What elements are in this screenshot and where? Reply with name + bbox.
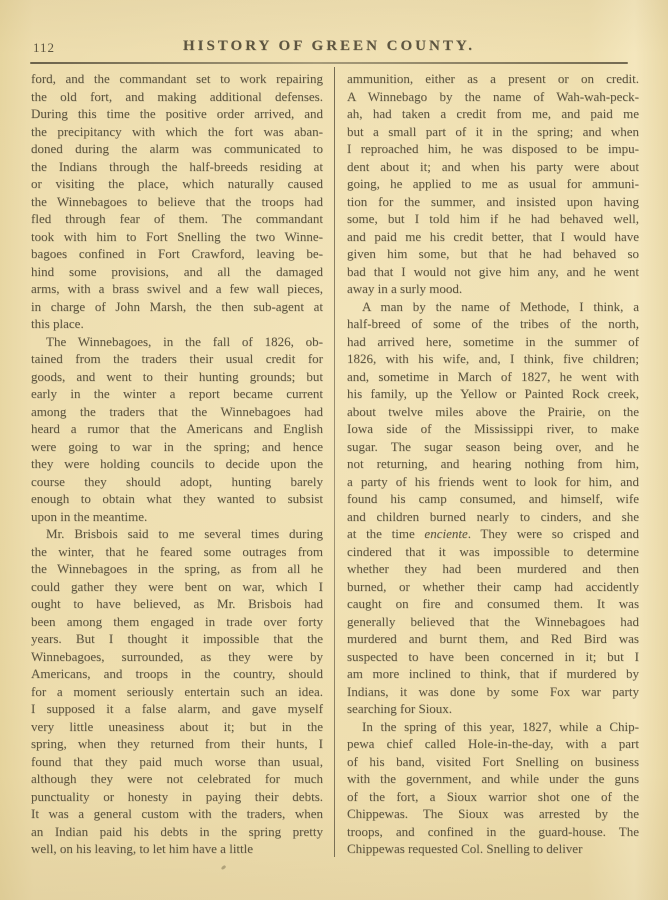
text-line: I reproached him, he was disposed to be … xyxy=(347,140,639,158)
text-line: sugar. The sugar season being over, and … xyxy=(347,438,639,456)
text-line: Winnebagoes, surrounded, as they were by xyxy=(31,648,323,666)
text-line: the precipitancy with which the fort was… xyxy=(31,123,323,141)
text-line: of the fort, a Sioux warrior shot one of… xyxy=(347,788,639,806)
text-line: a party of his friends went to look for … xyxy=(347,473,639,491)
text-line: pewa chief called Hole-in-the-day, with … xyxy=(347,735,639,753)
text-line: tained from the traders their usual cred… xyxy=(31,350,323,368)
print-speck xyxy=(221,865,227,870)
text-line: course they should adopt, hunting barely xyxy=(31,473,323,491)
text-line: burned, or whether their camp had accide… xyxy=(347,578,639,596)
text-line: ah, had taken a credit from me, and paid… xyxy=(347,105,639,123)
text-line: with the government, and while under the… xyxy=(347,770,639,788)
text-line: at the time enciente. They were so crisp… xyxy=(347,525,639,543)
text-line: troops, and confined in the guard-house.… xyxy=(347,823,639,841)
text-line: Mr. Brisbois said to me several times du… xyxy=(31,525,323,543)
text-line: spring, when they returned from their hu… xyxy=(31,735,323,753)
text-line: this place. xyxy=(31,315,323,333)
text-line: had arrived here, sometime in the summer… xyxy=(347,333,639,351)
text-line: dent about it; and when his party were a… xyxy=(347,158,639,176)
text-line: been among them engaged in trade over fo… xyxy=(31,613,323,631)
text-line: some, but I told him if he had behaved w… xyxy=(347,210,639,228)
text-line: among the traders that the Winnebagoes h… xyxy=(31,403,323,421)
text-line: It was a general custom with the traders… xyxy=(31,805,323,823)
text-line: suspected to have been concerned in it; … xyxy=(347,648,639,666)
text-line: were going to war in the spring; and hen… xyxy=(31,438,323,456)
text-line: heard a rumor that the Americans and Eng… xyxy=(31,420,323,438)
text-line: am more inclined to think, that if murde… xyxy=(347,665,639,683)
text-line: going, he applied to me as usual for amm… xyxy=(347,175,639,193)
text-line: Iowa side of the Mississippi river, to m… xyxy=(347,420,639,438)
text-line: the Winnebagoes to believe that the troo… xyxy=(31,193,323,211)
text-line: I supposed it a false alarm, and gave my… xyxy=(31,700,323,718)
text-line: hind some provisions, and all the damage… xyxy=(31,263,323,281)
text-line: away in a surly mood. xyxy=(347,280,639,298)
text-line: caught on fire and consumed them. It was xyxy=(347,595,639,613)
text-line: Americans, and troops in the country, sh… xyxy=(31,665,323,683)
text-line: took with him to Fort Snelling the two W… xyxy=(31,228,323,246)
text-line: cindered that it was impossible to deter… xyxy=(347,543,639,561)
text-line: fled through fear of them. The commandan… xyxy=(31,210,323,228)
text-line: tion for the summer, and insisted upon h… xyxy=(347,193,639,211)
text-line: or visiting the place, which naturally c… xyxy=(31,175,323,193)
text-line: A Winnebago by the name of Wah-wah-peck- xyxy=(347,88,639,106)
text-line: and children burned nearly to cinders, a… xyxy=(347,508,639,526)
text-line: the old fort, and making additional defe… xyxy=(31,88,323,106)
text-line: for a moment seriously entertain such an… xyxy=(31,683,323,701)
text-line: the Indians through the half-breeds resi… xyxy=(31,158,323,176)
text-line: generally believed that the Winnebagoes … xyxy=(347,613,639,631)
text-line: given him some, but that he had behaved … xyxy=(347,245,639,263)
text-line: ford, and the commandant set to work rep… xyxy=(31,70,323,88)
text-line: arms, with a brass swivel and a few wall… xyxy=(31,280,323,298)
text-line: about twelve miles above the Prairie, on… xyxy=(347,403,639,421)
text-line: In the spring of this year, 1827, while … xyxy=(347,718,639,736)
text-line: doned during the alarm was communicated … xyxy=(31,140,323,158)
book-page: 112 HISTORY OF GREEN COUNTY. ford, and t… xyxy=(0,0,668,900)
text-line: they were holding councils to decide upo… xyxy=(31,455,323,473)
text-line: ought to have believed, as Mr. Brisbois … xyxy=(31,595,323,613)
text-line: half-breed of some of the tribes of the … xyxy=(347,315,639,333)
text-line: Chippewas. The Sioux was arrested by the xyxy=(347,805,639,823)
column-divider-rule xyxy=(334,67,335,857)
text-line: found his camp consumed, and himself, wi… xyxy=(347,490,639,508)
column-left: ford, and the commandant set to work rep… xyxy=(31,70,323,858)
text-line: ammunition, either as a present or on cr… xyxy=(347,70,639,88)
text-line: and, sometime in March of 1827, he went … xyxy=(347,368,639,386)
text-line: and paid me his credit better, that I wo… xyxy=(347,228,639,246)
text-line: his family, up the Yellow or Painted Roc… xyxy=(347,385,639,403)
text-line: 1826, with his wife, and, I think, five … xyxy=(347,350,639,368)
text-line: upon in the meantime. xyxy=(31,508,323,526)
text-line: very little uneasiness about it; but in … xyxy=(31,718,323,736)
running-head-title: HISTORY OF GREEN COUNTY. xyxy=(30,38,628,55)
text-line: Chippewas requested Col. Snelling to del… xyxy=(347,840,639,858)
text-line: goods, and went to their hunting grounds… xyxy=(31,368,323,386)
text-line: of his band, visited Fort Snelling on bu… xyxy=(347,753,639,771)
text-line: the Winnebagoes in the spring, as from a… xyxy=(31,560,323,578)
text-line: not returning, and hearing nothing from … xyxy=(347,455,639,473)
text-line: bad that I would not give him any, and h… xyxy=(347,263,639,281)
text-line: found that they paid much worse than usu… xyxy=(31,753,323,771)
text-line: well, on his leaving, to let him have a … xyxy=(31,840,323,858)
text-line: years. But I thought it impossible that … xyxy=(31,630,323,648)
text-line: early in the winter a report became curr… xyxy=(31,385,323,403)
column-right: ammunition, either as a present or on cr… xyxy=(347,70,639,858)
text-line: murdered and burnt them, and Red Bird wa… xyxy=(347,630,639,648)
text-line: Indians, it was done by some Fox war par… xyxy=(347,683,639,701)
text-line: The Winnebagoes, in the fall of 1826, ob… xyxy=(31,333,323,351)
text-line: During this time the positive order arri… xyxy=(31,105,323,123)
text-line: bagoes confined in Fort Crawford, leavin… xyxy=(31,245,323,263)
text-line: A man by the name of Methode, I think, a xyxy=(347,298,639,316)
text-line: could gather they were bent on war, whic… xyxy=(31,578,323,596)
text-line: searching for Sioux. xyxy=(347,700,639,718)
text-line: whether they had been murdered and then xyxy=(347,560,639,578)
header-rule xyxy=(30,62,628,64)
text-line: but a small part of it in the spring; an… xyxy=(347,123,639,141)
text-line: in charge of John Marsh, the then sub-ag… xyxy=(31,298,323,316)
text-line: although they were not celebrated for mu… xyxy=(31,770,323,788)
text-line: enough to obtain what they wanted to sub… xyxy=(31,490,323,508)
text-line: an Indian paid his debts in the spring p… xyxy=(31,823,323,841)
text-line: punctuality or honesty in paying their d… xyxy=(31,788,323,806)
text-line: the winter, that he feared some outrages… xyxy=(31,543,323,561)
